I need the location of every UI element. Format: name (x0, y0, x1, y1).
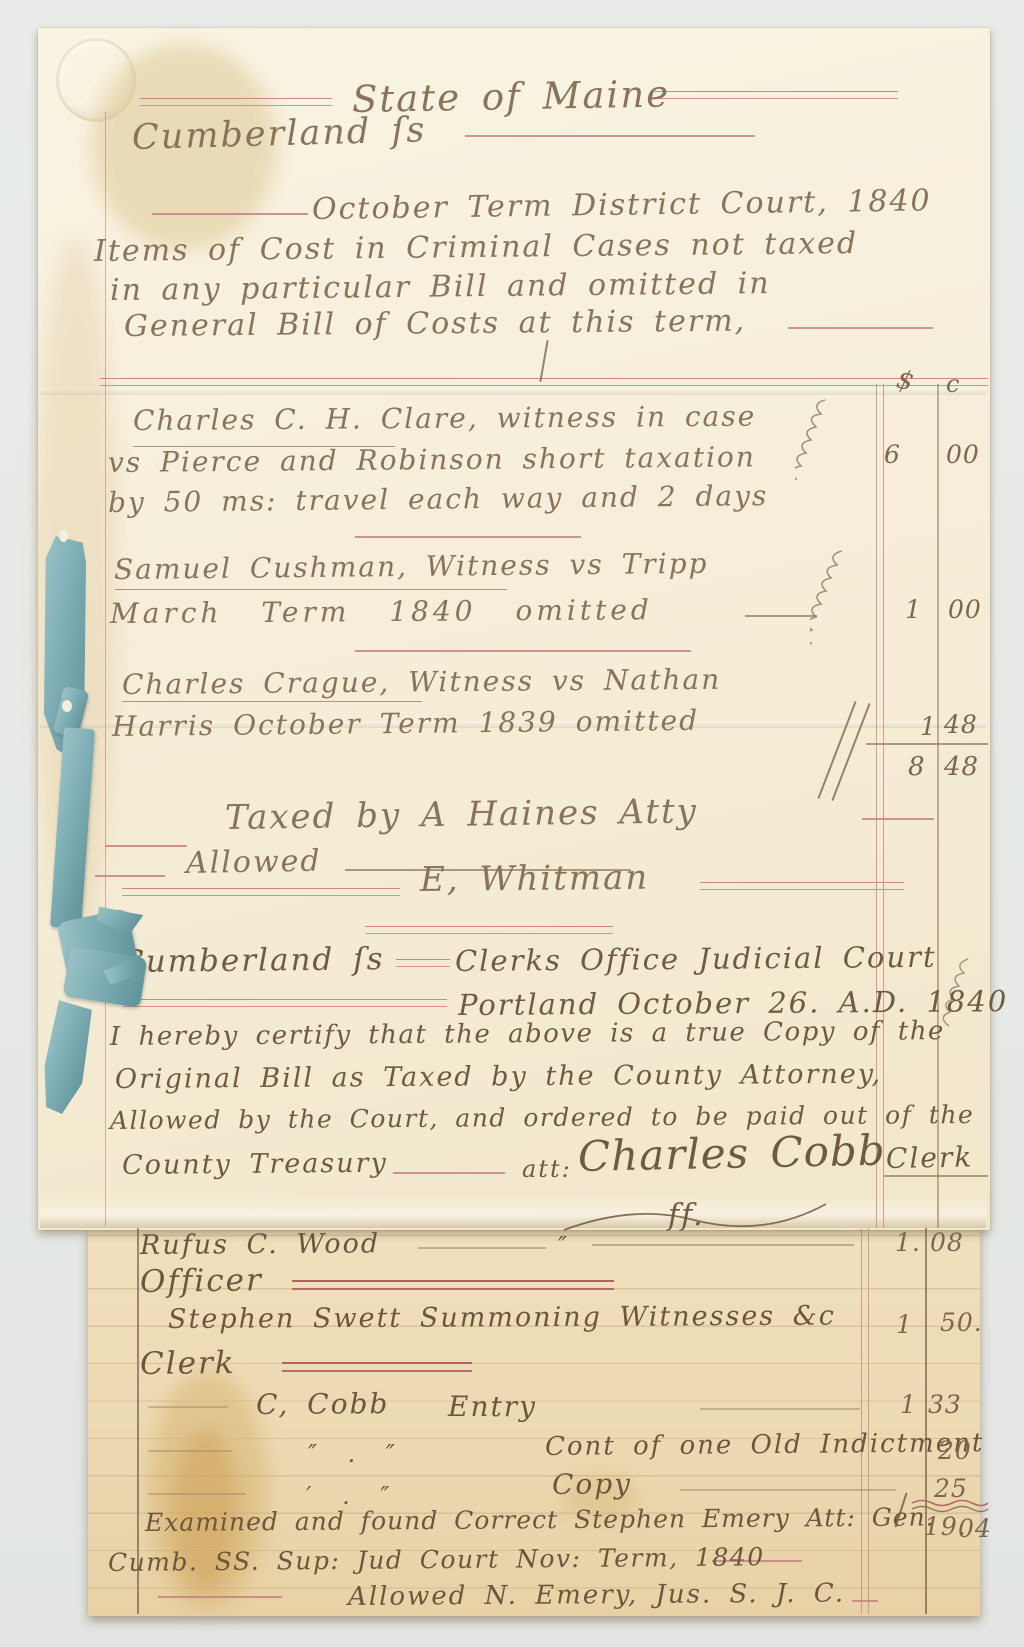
cert-body-line2: Original Bill as Taxed by the County Att… (115, 1059, 882, 1095)
entry1-dollars: 6 (884, 440, 901, 469)
allowed-label: Allowed (186, 844, 322, 881)
dash-after-treasury (393, 1172, 505, 1174)
clerk-heading: Clerk (140, 1345, 236, 1382)
wavy-line-after-entry (700, 1408, 860, 1410)
whitman-rule-right (700, 882, 904, 890)
entry-separator-2 (355, 650, 691, 652)
rule-after-county (465, 135, 755, 137)
total-cents: 48 (944, 752, 979, 782)
bottom-edge-curl (40, 1195, 986, 1228)
entry2-cents: 00 (948, 595, 982, 624)
county-line: Cumberland ſs (131, 110, 426, 158)
title-flourish-rule-left (140, 98, 332, 106)
subject-line-3: General Bill of Costs at this term, (124, 304, 746, 344)
row5-item: Copy (552, 1467, 632, 1501)
dash-after-allowed-line (852, 1600, 878, 1602)
fold-crease-upper (40, 388, 986, 395)
rule-after-subject (788, 327, 933, 329)
sheet2-cents-column-line (925, 1228, 927, 1614)
total-sum-rule (866, 743, 988, 745)
row4-item: Cont of one Old Indictment (545, 1428, 985, 1462)
sheet2-amount-column-pink (861, 1228, 869, 1614)
entry1-line3: by 50 ms: travel each way and 2 days (108, 479, 769, 519)
underline-cushman (115, 589, 507, 590)
entry-brace-squiggle-1 (795, 396, 835, 528)
ribbon-hole-middle (62, 700, 72, 712)
manuscript-page: { "document_type": "Handwritten court co… (0, 0, 1024, 1647)
wavy-line-after-copy (680, 1489, 896, 1491)
row4-cents: 20 (938, 1436, 972, 1465)
entry1-line2: vs Pierce and Robinson short taxation (108, 440, 756, 479)
total-dollars: 8 (908, 752, 926, 782)
dash-after-cert-county (396, 959, 450, 967)
row3-dollars: 1 (900, 1390, 917, 1419)
row1-ditto-mark: ″ (558, 1232, 569, 1260)
dash-before-cobb (148, 1406, 228, 1408)
entry1-line1: Charles C. H. Clare, witness in case (133, 400, 756, 437)
court-term-line: Cumb. SS. Sup: Jud Court Nov: Term, 1840 (108, 1542, 765, 1577)
mid-double-rule (365, 926, 613, 934)
officer-heading: Officer (140, 1262, 263, 1300)
cert-body-line4: County Treasury (122, 1148, 388, 1181)
examined-line: Examined and found Correct Stephen Emery… (145, 1502, 935, 1537)
row3-name: C, Cobb (256, 1387, 390, 1421)
clerk-signature: Charles Cobb (577, 1126, 886, 1181)
row3-item: Entry (448, 1390, 537, 1423)
entry3-cents: 48 (944, 710, 978, 739)
row3-cents: 33 (928, 1390, 962, 1419)
row5-cents: 25 (934, 1474, 968, 1503)
clerk-title: Clerk (886, 1140, 974, 1175)
entry1-cents: 00 (946, 440, 980, 469)
cert-county: Cumberland ſs (120, 941, 385, 980)
entry2-line2: March Term 1840 omitted (110, 593, 653, 630)
cert-attest: att: (522, 1155, 572, 1183)
whitman-signature: E, Whitman (420, 858, 650, 900)
row1-cents: 08 (930, 1228, 964, 1257)
grand-total-cents: 04 (958, 1514, 992, 1543)
dash-before-allowed (95, 875, 165, 877)
officer-heading-rule (292, 1280, 614, 1290)
taxed-by-line: Taxed by A Haines Atty (225, 791, 698, 838)
account-header-rule (100, 378, 988, 386)
entry2-dollars: 1 (905, 595, 922, 624)
row4-ditto-marks: ″ . ″ (308, 1440, 403, 1468)
column-header-cents: c (946, 370, 960, 398)
entry2-line1: Samuel Cushman, Witness vs Tripp (114, 547, 709, 586)
cert-body-line1: I hereby certify that the above is a tru… (110, 1016, 945, 1052)
row1-dollars: 1. (895, 1228, 921, 1257)
row2-cents: 50. (940, 1308, 983, 1337)
wavy-line-row1-left (418, 1247, 546, 1249)
entry3-dollars: 1 (920, 712, 937, 741)
entry-brace-squiggle-2 (810, 548, 850, 652)
dash-after-taxed (862, 818, 934, 820)
rule-before-portland (123, 999, 447, 1007)
entry-separator-1 (355, 536, 581, 538)
allowed-justice-line: Allowed N. Emery, Jus. S. J. C. (348, 1579, 845, 1612)
cert-office: Clerks Office Judicial Court (455, 940, 937, 978)
row2-dollars: 1 (896, 1310, 913, 1339)
wavy-line-row1-right (592, 1244, 854, 1246)
dash-before-allowed-line (158, 1596, 282, 1598)
dash-before-ditto1 (148, 1450, 232, 1452)
clerk-heading-rule (282, 1362, 472, 1372)
entry3-line1: Charles Crague, Witness vs Nathan (122, 663, 721, 701)
clerk-underline (884, 1175, 988, 1177)
subject-line-2: in any particular Bill and omitted in (110, 266, 771, 308)
row2-name: Stephen Swett Summoning Witnesses &c (168, 1301, 836, 1335)
underline-crague (122, 701, 422, 702)
whitman-rule-left (122, 888, 400, 896)
title-flourish-rule-right (655, 91, 898, 99)
ribbon-hole-top (59, 530, 68, 542)
dash-before-taxed (105, 845, 187, 847)
entry3-line2: Harris October Term 1839 omitted (112, 704, 699, 743)
dash-after-entry2 (745, 615, 817, 617)
signature-paraph: ff. (668, 1198, 705, 1233)
rule-before-term (152, 213, 308, 215)
row1-name: Rufus C. Wood (140, 1228, 380, 1261)
dash-before-ditto2 (148, 1493, 246, 1495)
left-margin-line (105, 112, 106, 1226)
